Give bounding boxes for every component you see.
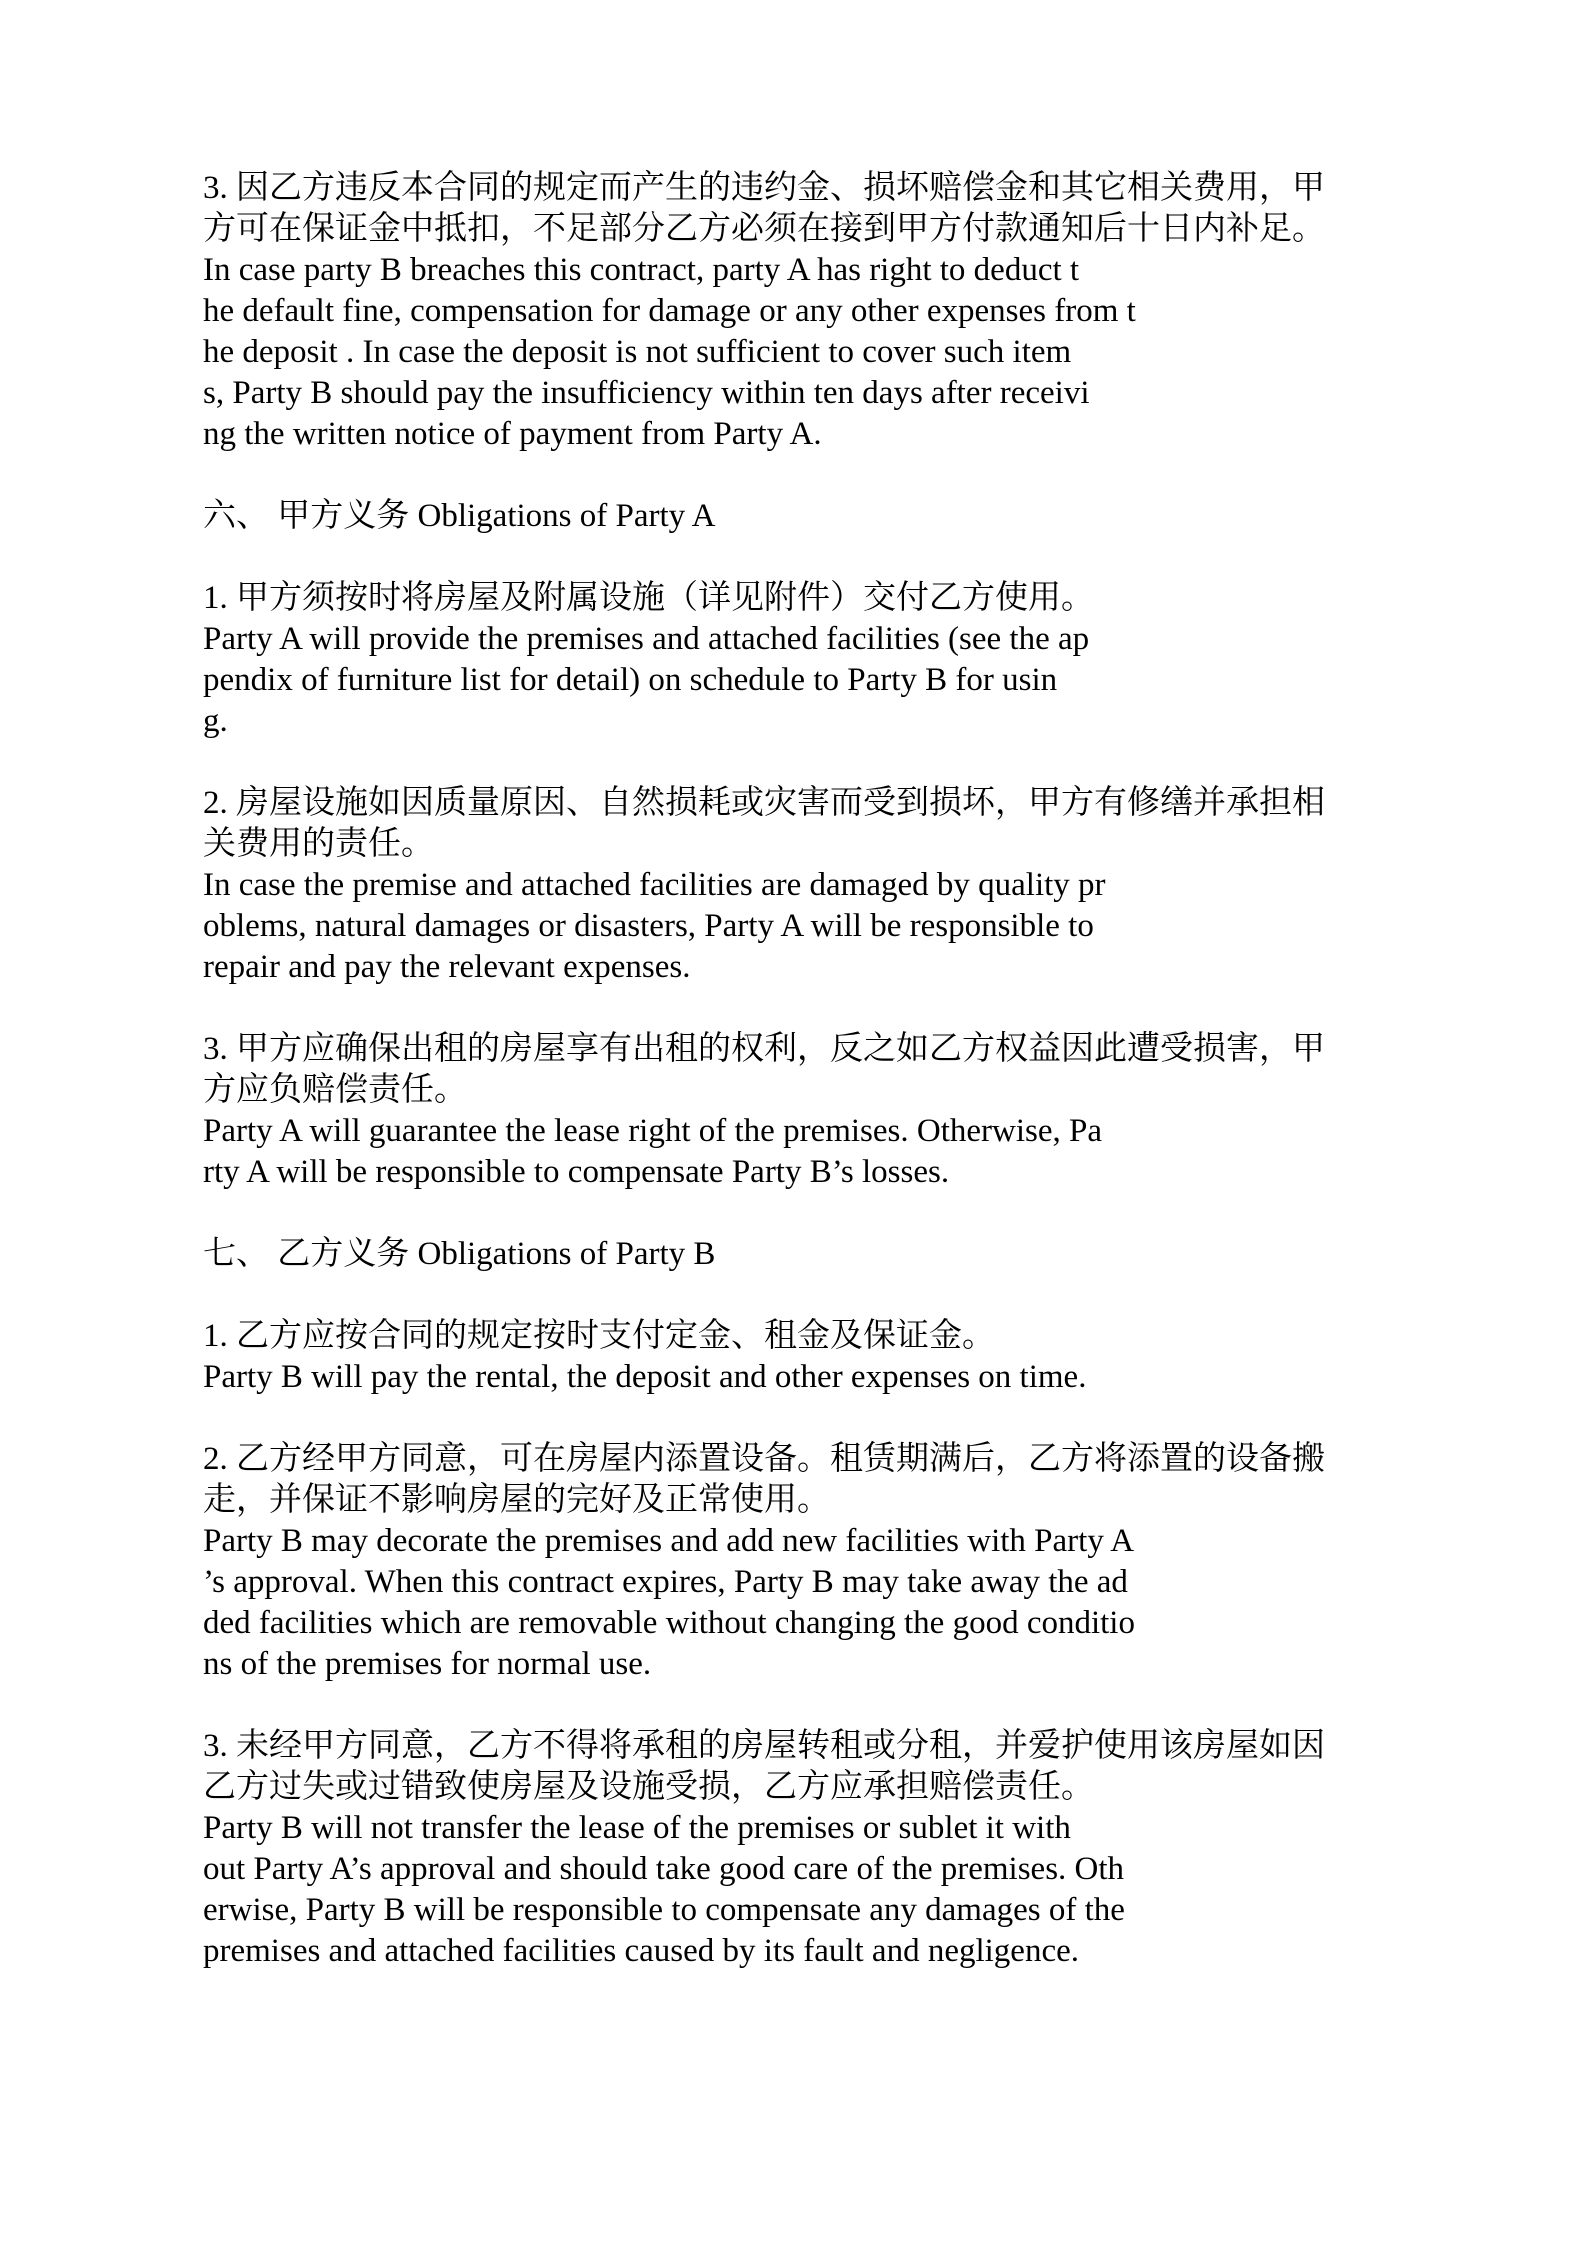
clause-party-a-2-repair-responsibility: 2. 房屋设施如因质量原因、自然损耗或灾害而受到损坏，甲方有修缮并承担相 关费用… [203, 783, 1423, 988]
clause-party-b-1-pay-on-time: 1. 乙方应按合同的规定按时支付定金、租金及保证金。 Party B will … [203, 1316, 1423, 1398]
clause-party-b-2-add-facilities: 2. 乙方经甲方同意，可在房屋内添置设备。租赁期满后，乙方将添置的设备搬 走，并… [203, 1439, 1423, 1685]
clause-deposit-deduction: 3. 因乙方违反本合同的规定而产生的违约金、损坏赔偿金和其它相关费用，甲 方可在… [203, 168, 1423, 455]
section-heading-obligations-party-a: 六、 甲方义务 Obligations of Party A [203, 496, 1423, 537]
clause-party-a-3-lease-right-guarantee: 3. 甲方应确保出租的房屋享有出租的权利，反之如乙方权益因此遭受损害，甲 方应负… [203, 1029, 1423, 1193]
document-page: 3. 因乙方违反本合同的规定而产生的违约金、损坏赔偿金和其它相关费用，甲 方可在… [0, 0, 1587, 2245]
clause-party-a-1-provide-premises: 1. 甲方须按时将房屋及附属设施（详见附件）交付乙方使用。 Party A wi… [203, 578, 1423, 742]
contract-text-body: 3. 因乙方违反本合同的规定而产生的违约金、损坏赔偿金和其它相关费用，甲 方可在… [203, 168, 1423, 1972]
section-heading-obligations-party-b: 七、 乙方义务 Obligations of Party B [203, 1234, 1423, 1275]
clause-party-b-3-no-sublet: 3. 未经甲方同意，乙方不得将承租的房屋转租或分租，并爱护使用该房屋如因 乙方过… [203, 1726, 1423, 1972]
